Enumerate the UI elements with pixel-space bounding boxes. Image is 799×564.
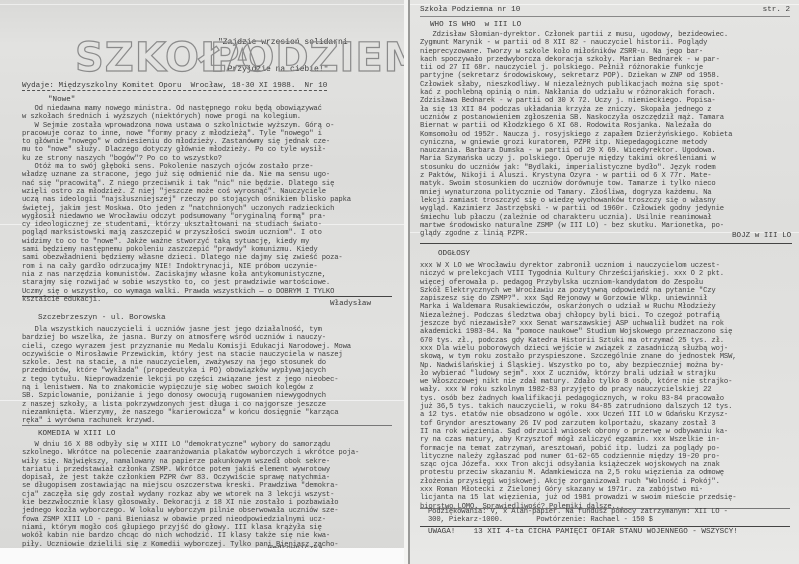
text-line: partyjne (sekretarz środowiskowy, sekret… xyxy=(420,72,732,80)
text-line: wygłosił niedawno we Wrocławiu odczyt po… xyxy=(22,213,351,221)
text-line: jednego kozła wyborczego. W lokalu wybor… xyxy=(22,507,359,515)
text-line: Biernat w partii od Kłodzkiego 6 XI 68. … xyxy=(420,122,732,130)
divider xyxy=(420,526,790,527)
text-line: oczywiście o Mirosławie Przewickim, któr… xyxy=(22,351,351,359)
text-line: pracowuje coraz to inne, nowe "formy pra… xyxy=(22,130,351,138)
article-signature: Władysław xyxy=(330,300,371,308)
text-line: SB. Szpiclowanie, poniżanie i jego donos… xyxy=(22,392,351,400)
text-line: II na rok więzienia. Sąd odrzucił wniose… xyxy=(420,428,736,436)
text-line: 300, Piekarz-1000. Powtórzenie: Rachael … xyxy=(428,516,728,524)
text-line: wzięli ostro za młodzież. Z niej "jeszcz… xyxy=(22,188,351,196)
divider xyxy=(22,296,392,297)
text-line: szkole. Jest na stacie, a nie nauczyciel… xyxy=(22,359,351,367)
text-line: dopisał, że jest także członkiem PZPR ćw… xyxy=(22,474,359,482)
text-line: W dniu 16 X 88 odbyły się w XIII LO "dem… xyxy=(22,441,359,449)
text-line: śmiechu lub płaczu (zależnie od charakte… xyxy=(420,214,732,222)
text-line: nia z nas narzędzia komunistów. Zaciskaj… xyxy=(22,271,351,279)
publication-name: Szkoła Podziemna nr 10 xyxy=(420,6,520,14)
text-line: władzę uznane za stracone, jego już się … xyxy=(22,171,351,179)
text-line: xxx W X LO we Wrocławiu dyrektor zabroni… xyxy=(420,262,736,270)
text-line: uczą nas ideologii "najsłuszniejszej" rz… xyxy=(22,196,351,204)
masthead: SZKOŁA PODZIEMNA xyxy=(70,35,370,85)
text-line: niami, którym mogło coś głupiego przyjść… xyxy=(22,524,359,532)
text-line: mu to "nowe" służy. Dlaczego dotyczy głó… xyxy=(22,146,351,154)
article-title: WHO IS WHO w III LO xyxy=(430,21,521,29)
text-line: szkolnego. Wkrótce na polecenie zaaranżo… xyxy=(22,449,359,457)
text-line: Maria Szymańska uczy j. polskiego. Operu… xyxy=(420,155,732,163)
text-line: pogląd marksistowski mają zaszczepić w p… xyxy=(22,229,351,237)
text-line: xxx Roman Młotecki z Zielonej Góry skaza… xyxy=(420,486,736,494)
text-line: wygląd. Kazimierz Jastrzębski - w partii… xyxy=(420,205,732,213)
text-line: kać z pochlebną opinią o nim. Nakłania d… xyxy=(420,89,732,97)
text-line: Od niedawna mamy nowego ministra. Od nas… xyxy=(22,105,351,113)
text-line: lityczne należy zgłaszać pod numer 61-62… xyxy=(420,453,736,461)
text-line: nieprecyzowane. Tworzy w szkole koło mił… xyxy=(420,48,732,56)
text-line: Otóż ma to swój głęboki sens. Pokolenie … xyxy=(22,163,351,171)
footer-acknowledgements: Podziękowania: V, x Alan-papier. Na fund… xyxy=(428,508,728,525)
text-line: lekcji zamiast troszczyć się o wiedzę wy… xyxy=(420,197,732,205)
text-line: zapiszesz się do ZSMP?". xxx Sąd Rejonow… xyxy=(420,295,736,303)
text-line: Niezależnej. Podczas śledztwa obaj chłop… xyxy=(420,312,736,320)
text-line: Dla wszystkich nauczycieli i uczniów jas… xyxy=(22,326,351,334)
text-line: uczniów z postanowieniem zgłoszenia SB. … xyxy=(420,114,732,122)
text-line: niczyć w prelekcjach VIII Tygodnia Kultu… xyxy=(420,270,736,278)
text-line: z naszej szkoły, a lista pokrzywdzonych … xyxy=(22,401,351,409)
text-line: z Paktów, Nikoji i Aluszi. Krystyna Ozyr… xyxy=(420,172,732,180)
text-line: cy ideologicznej ze studentami, którzy u… xyxy=(22,221,351,229)
article-nowe-body: Od niedawna mamy nowego ministra. Od nas… xyxy=(22,105,351,304)
text-line: stosunku do uczniów jak: "Bydlaki, imper… xyxy=(420,164,732,172)
text-line: formacje na temat zatrzymań, aresztowań,… xyxy=(420,445,736,453)
text-line: Zdzisława Bednarek - w partii od 30 X 72… xyxy=(420,97,732,105)
text-line: to głównie "nowego" w odniesieniu do mło… xyxy=(22,138,351,146)
text-line: cieli, czego wyrazem jest przyznanie mu … xyxy=(22,343,351,351)
text-line: sami będziemy następnemu pokoleniu zaszc… xyxy=(22,246,351,254)
masthead-word: PODZIEMNA xyxy=(210,35,404,81)
text-line: a 12 tys. etatów nie obsadzono w ogóle. … xyxy=(420,411,736,419)
text-line: ną i lenistwem. Na to znakomicie wypięcz… xyxy=(22,384,351,392)
text-line: nauczania. Barbara Dumska - w partii od … xyxy=(420,147,732,155)
text-line: tii od 27 II 68r. nauczyciel j. polskieg… xyxy=(420,64,732,72)
page-left: "Zajdzie wrzesień solidarni Przyjdzie na… xyxy=(0,0,404,564)
text-line: Komsomołu od 1952r. Naucza j. rosyjskieg… xyxy=(420,131,732,139)
text-line: sami obezwładnieni będziemy własne dziec… xyxy=(22,254,351,262)
text-line: licjanta na 15 lat więzienia, już od 198… xyxy=(420,494,736,502)
text-line: tof Gryndor aresztowany 26 IV pod zarzut… xyxy=(420,420,736,428)
text-line: Uczmy się o wszystko, co wymaga walki. P… xyxy=(22,288,351,296)
article-title: KOMEDIA W XIII LO xyxy=(38,430,115,438)
text-line: tys. osób bez żadnych kwalifikacji pedag… xyxy=(420,395,736,403)
text-line: Podziękowania: V, x Alan-papier. Na fund… xyxy=(428,508,728,516)
text-line: już 36,5 tys. takich nauczycieli, w roku… xyxy=(420,403,736,411)
text-line: Np. Nadwiślańskiej i Śląskiej. Wszystko … xyxy=(420,362,736,370)
text-line: we Włoszczowej nikt nie zdał matury. Zda… xyxy=(420,378,736,386)
text-line: Człowiek słaby, nieszkodliwy. W niezależ… xyxy=(420,81,732,89)
text-line: świętej, jakim jest Moskwa. Oto jeden z … xyxy=(22,205,351,213)
divider xyxy=(22,425,392,426)
article-nowe-title: "Nowe" xyxy=(48,96,75,104)
text-line: Marka i Waldemara Rusakiewiczów, oskarżo… xyxy=(420,303,736,311)
divider xyxy=(420,243,792,244)
text-line: xxx Dla wielu poborowych dzieci wejście … xyxy=(420,345,736,353)
text-line: w szkołach średnich i wyższych (niektóry… xyxy=(22,113,351,121)
text-line: z tego tytułu. Nieprowadzenie lekcji po … xyxy=(22,376,351,384)
text-line: ła się 13 XII 84 podczas układania krzyż… xyxy=(420,106,732,114)
article-signature: BOJZ w III LO xyxy=(732,232,791,240)
text-line: sząc ojca Józefa. xxx Tron akcji odsyłan… xyxy=(420,461,736,469)
text-line: martwe środowisko naturalne ZSMP (w III … xyxy=(420,222,732,230)
text-line: Szkół Elektrycznych we Wrocławiu za pozy… xyxy=(420,287,736,295)
text-line: bardziej bo wszelka, że jasna. Burzy on … xyxy=(22,334,351,342)
text-line: mniej wynaturzona politycznie od Tamary.… xyxy=(420,189,732,197)
article-title: Szczebrzeszyn - ul. Borowska xyxy=(38,314,166,322)
text-line: ry na czas matury, aby Krzysztof mógł za… xyxy=(420,436,736,444)
text-line: nać się "pracowitą". Z niego przeciwnik … xyxy=(22,180,351,188)
text-line: cja" zaczęła się gdy został wydany rozka… xyxy=(22,491,359,499)
text-line: cyniczna, w gniewie grozi kuratorem, PZP… xyxy=(420,139,732,147)
text-line: W Sejmie została wprowadzona nowa ustawa… xyxy=(22,122,351,130)
text-line: se długopisem zostawiając na miejscu osz… xyxy=(22,482,359,490)
divider xyxy=(420,16,790,17)
text-line: wiły się. Największy, namalowany na papi… xyxy=(22,458,359,466)
text-line: akademicki 1983-84. Na "pomoce naukowe" … xyxy=(420,328,736,336)
text-line: jeszcze być niezawisłe? xxx Senat warsza… xyxy=(420,320,736,328)
text-line: Zdzisław Słomian-dyrektor. Członek parti… xyxy=(420,31,732,39)
page-bottom-margin xyxy=(0,548,404,564)
text-line: kach spoczywało przedwyborcza dekoracja … xyxy=(420,56,732,64)
text-line: fowa ZSMP XIII LO - pani Bieniasz w obaw… xyxy=(22,516,359,524)
text-line: kształcie edukacji. xyxy=(22,296,351,304)
article-body: W dniu 16 X 88 odbyły się w XIII LO "dem… xyxy=(22,441,359,557)
page-number: str. 2 xyxy=(763,6,790,14)
text-line: glądy zgodne z linią PZPR. xyxy=(420,230,732,238)
text-line: rom i na cały gardło odrzucajmy NIE! Ind… xyxy=(22,263,351,271)
text-line: starajmy się rozwijać w sobie wszystko t… xyxy=(22,279,351,287)
text-line: matyk. Swoim stosunkiem do uczniów dorów… xyxy=(420,180,732,188)
text-line: wały. xxx W roku szkolnym 1982-83 przyję… xyxy=(420,386,736,394)
text-line: wokół kabin nie bardzo chcąc do nich wch… xyxy=(22,532,359,540)
text-line: niezamknięta. Wierzymy, że naszego "kari… xyxy=(22,409,351,417)
footer-banner: UWAGA! 13 XII 4-ta CICHA PAMIĘCI OFIAR S… xyxy=(428,528,738,536)
article-title: ODGŁOSY xyxy=(438,250,470,258)
article-title: "Nowe" xyxy=(48,96,75,104)
text-line: złożenia przysięgi wojskowej. Akcję zorg… xyxy=(420,478,736,486)
text-line: widzimy to co to "nowe". Jakże ważne stw… xyxy=(22,238,351,246)
text-line: tariatu i przedstawiał członka ZSMP. Wkr… xyxy=(22,466,359,474)
text-line: ło wybierać "ludowy sejm". xxx Z uczniów… xyxy=(420,370,736,378)
article-body: Dla wszystkich nauczycieli i uczniów jas… xyxy=(22,326,351,426)
article-body: xxx W X LO we Wrocławiu dyrektor zabroni… xyxy=(420,262,736,511)
text-line: skową, w tym roku zostało przyspieszone.… xyxy=(420,353,736,361)
text-line: więcej oferowała p. pedagog Przybylska u… xyxy=(420,279,736,287)
text-line: przedmiotów, które "wykłada" (propedeuty… xyxy=(22,367,351,375)
text-line: Zygmunt Marynik - w partii od 8 XII 82 -… xyxy=(420,39,732,47)
text-line: ku ze strony naszych "bogów"? Po co to w… xyxy=(22,155,351,163)
text-line: 670 tys. zł., podczas gdy Katedra Histor… xyxy=(420,337,736,345)
editor-line: Wydaje: Międzyszkolny Komitet Oporu Wroc… xyxy=(22,82,327,91)
text-line: kie bezzwłocznie klasy głosowały. Dekora… xyxy=(22,499,359,507)
article-body: Zdzisław Słomian-dyrektor. Członek parti… xyxy=(420,31,732,238)
text-line: protestu przeciw skazaniu M. Adamkiewicz… xyxy=(420,469,736,477)
